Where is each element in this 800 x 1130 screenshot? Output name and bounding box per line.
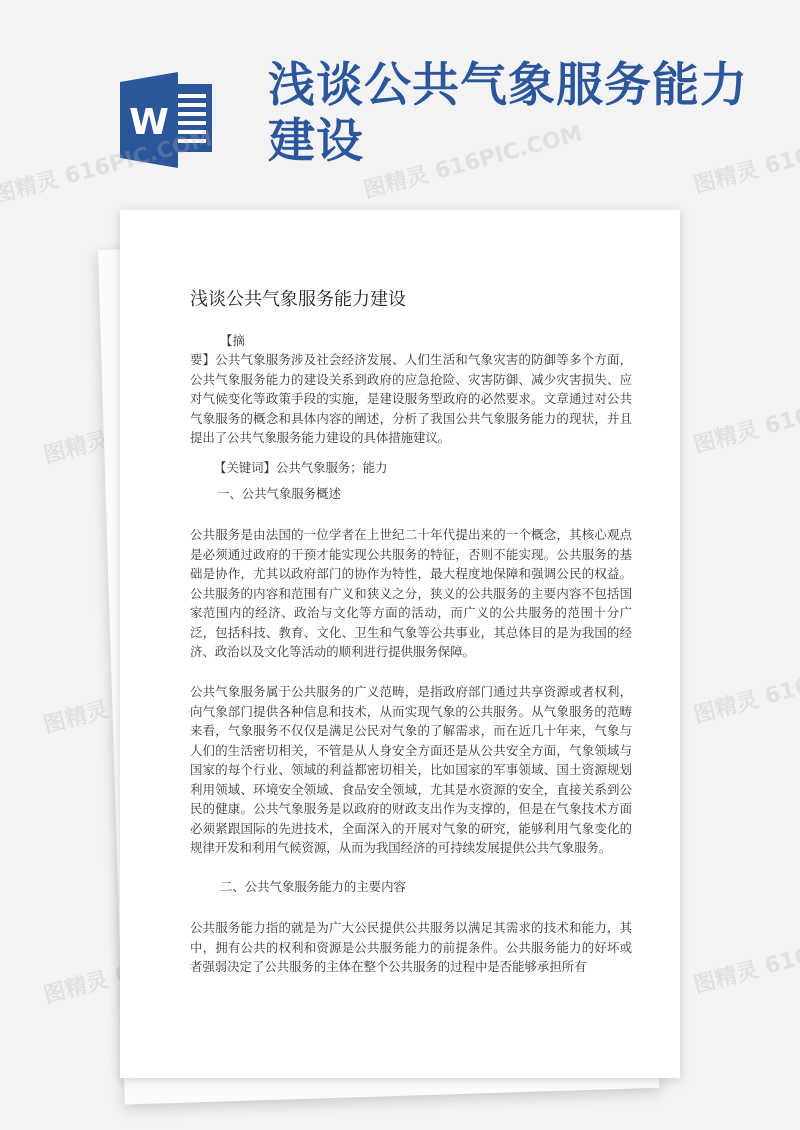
keywords: 【关键词】公共气象服务；能力 bbox=[214, 458, 387, 476]
abstract-label: 【摘 bbox=[190, 331, 632, 351]
header-title: 浅谈公共气象服务能力 建设 bbox=[268, 58, 748, 170]
abstract-paragraph: 要】公共气象服务涉及社会经济发展、人们生活和气象灾害的防御等多个方面，公共气象服… bbox=[190, 350, 632, 448]
section-2-paragraph-1: 公共服务能力指的就是为广大公民提供公共服务以满足其需求的技术和能力，其中，拥有公… bbox=[190, 918, 632, 977]
word-document-icon: W bbox=[110, 72, 215, 172]
watermark: 图精灵 616PIC.COM bbox=[690, 371, 800, 459]
header-banner: W 浅谈公共气象服务能力 建设 bbox=[0, 0, 800, 200]
section-2-heading: 二、公共气象服务能力的主要内容 bbox=[220, 877, 406, 895]
abstract-label-text: 【摘 bbox=[190, 333, 245, 348]
document-page: 浅谈公共气象服务能力建设 【摘 要】公共气象服务涉及社会经济发展、人们生活和气象… bbox=[120, 210, 680, 1078]
section-1-heading: 一、公共气象服务概述 bbox=[217, 484, 341, 502]
section-1-paragraph-2: 公共气象服务属于公共服务的广义范畴，是指政府部门通过共享资源或者权利，向气象部门… bbox=[190, 682, 632, 858]
header-title-line2: 建设 bbox=[268, 114, 748, 170]
watermark: 图精灵 616PIC.COM bbox=[690, 641, 800, 729]
section-1-paragraph-1: 公共服务是由法国的一位学者在上世纪二十年代提出来的一个概念，其核心观点是必须通过… bbox=[190, 525, 632, 662]
header-title-line1: 浅谈公共气象服务能力 bbox=[268, 58, 748, 114]
svg-text:W: W bbox=[129, 102, 169, 143]
document-title: 浅谈公共气象服务能力建设 bbox=[190, 285, 406, 311]
watermark: 图精灵 616PIC.COM bbox=[690, 911, 800, 999]
